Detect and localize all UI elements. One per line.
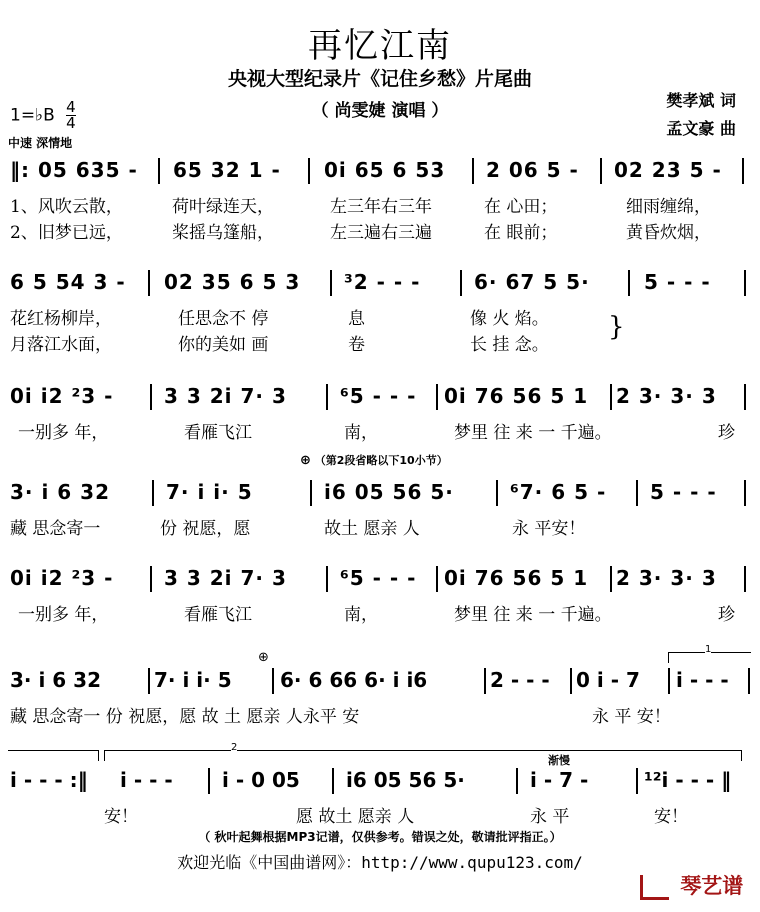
barline bbox=[472, 158, 474, 184]
lyric: 左三年右三年 bbox=[330, 192, 432, 217]
barline bbox=[610, 566, 612, 592]
lyric: 花红杨柳岸， bbox=[10, 304, 112, 329]
barline bbox=[748, 668, 750, 694]
barline bbox=[148, 270, 150, 296]
system-1: ‖: 05 635 - 65 32 1 - 0i 65 6 53 2 06 5 … bbox=[8, 158, 752, 190]
measure: 2 3· 3· 3 bbox=[616, 384, 717, 408]
measure: 7· i i· 5 bbox=[166, 480, 253, 504]
barline bbox=[152, 480, 154, 506]
system-5: 0i i2 ²3 - 3 3 2i 7· 3 ⁶5 - - - 0i 76 56… bbox=[8, 566, 752, 598]
measure: 6 5 54 3 - bbox=[10, 270, 126, 294]
measure: 02 23 5 - bbox=[614, 158, 722, 182]
lyric: 永 平 bbox=[530, 802, 569, 827]
lyric: 珍 bbox=[718, 600, 735, 625]
barline bbox=[636, 480, 638, 506]
lyric: 月落江水面， bbox=[10, 330, 112, 355]
measure: 2 - - - bbox=[490, 668, 550, 692]
lyric: 永 平 安！ bbox=[592, 702, 671, 727]
system-7: i - - - :‖ i - - - i - 0 05 i6 05 56 5· … bbox=[8, 768, 752, 800]
barline bbox=[332, 768, 334, 794]
lyric: 黄昏炊烟， bbox=[626, 218, 711, 243]
coda-icon: ⊕ bbox=[300, 453, 311, 468]
barline bbox=[742, 158, 744, 184]
measure: 3· i 6 32 bbox=[10, 480, 110, 504]
lyric: 左三遍右三遍 bbox=[330, 218, 432, 243]
measure: 0i i2 ²3 - bbox=[10, 566, 113, 590]
system-4: 3· i 6 32 7· i i· 5 i6 05 56 5· ⁶7· 6 5 … bbox=[8, 480, 752, 512]
barline bbox=[744, 480, 746, 506]
barline bbox=[326, 566, 328, 592]
barline bbox=[516, 768, 518, 794]
barline bbox=[744, 270, 746, 296]
lyric: 梦里 往 来 一 千遍。 bbox=[454, 600, 612, 625]
barline bbox=[570, 668, 572, 694]
lyric: 永 平安！ bbox=[512, 514, 585, 539]
lyric: 荷叶绿连天， bbox=[172, 192, 274, 217]
lyric: 息 bbox=[348, 304, 365, 329]
measure: i - 0 05 bbox=[222, 768, 300, 792]
lyric: 南， bbox=[344, 418, 378, 443]
measure: 0i 76 56 5 1 bbox=[444, 566, 588, 590]
tempo-marking: 中速 深情地 bbox=[8, 134, 72, 151]
measure: 0i i2 ²3 - bbox=[10, 384, 113, 408]
lyric: 安！ bbox=[654, 802, 688, 827]
lyric: 安！ bbox=[104, 802, 138, 827]
measure: 0i 65 6 53 bbox=[324, 158, 445, 182]
lyric: 份 祝愿，愿 bbox=[160, 514, 250, 539]
measure: 02 35 6 5 3 bbox=[164, 270, 300, 294]
system-3: 0i i2 ²3 - 3 3 2i 7· 3 ⁶5 - - - 0i 76 56… bbox=[8, 384, 752, 416]
lyric: 2、旧梦已远， bbox=[10, 218, 123, 243]
measure: 5 - - - bbox=[650, 480, 717, 504]
lyric: 南， bbox=[344, 600, 378, 625]
site-logo[interactable]: 琴艺谱 bbox=[640, 870, 743, 900]
measure: i6 05 56 5· bbox=[324, 480, 454, 504]
measure: ⁶5 - - - bbox=[340, 566, 416, 590]
lyric: 任思念不 停 bbox=[178, 304, 268, 329]
lyric: 梦里 往 来 一 千遍。 bbox=[454, 418, 612, 443]
barline bbox=[610, 384, 612, 410]
transcription-note: （ 秋叶起舞根据MP3记谱，仅供参考。错误之处，敬请批评指正。） bbox=[0, 828, 760, 845]
barline bbox=[148, 668, 150, 694]
measure: i - - - bbox=[120, 768, 173, 792]
measure: 3 3 2i 7· 3 bbox=[164, 384, 287, 408]
key-label: 1=♭B bbox=[10, 106, 55, 126]
lyric: 在 眼前； bbox=[484, 218, 557, 243]
measure: i - - - :‖ bbox=[10, 768, 88, 792]
barline bbox=[600, 158, 602, 184]
lyric: 一别多 年， bbox=[18, 600, 108, 625]
lyric: 看雁飞江 bbox=[184, 418, 252, 443]
barline bbox=[150, 566, 152, 592]
volta-1-continuation bbox=[8, 750, 99, 761]
coda-annotation: ⊕ （第2段省略以下10小节） bbox=[300, 452, 448, 468]
system-2: 6 5 54 3 - 02 35 6 5 3 ³2 - - - 6· 67 5 … bbox=[8, 270, 752, 302]
measure: 6· 6 66 6· i i6 bbox=[280, 668, 427, 692]
lyric: 愿 故土 愿亲 人 bbox=[296, 802, 414, 827]
volta-1-bracket: 1 bbox=[668, 652, 751, 663]
barline bbox=[272, 668, 274, 694]
piano-logo-icon bbox=[640, 875, 669, 900]
measure: ⁶7· 6 5 - bbox=[510, 480, 606, 504]
lyric: 故土 愿亲 人 bbox=[324, 514, 420, 539]
measure: 65 32 1 - bbox=[173, 158, 281, 182]
measure: 0 i - 7 bbox=[576, 668, 640, 692]
measure: 3 3 2i 7· 3 bbox=[164, 566, 287, 590]
barline bbox=[496, 480, 498, 506]
ritardando-marking: 渐慢 bbox=[548, 752, 570, 768]
measure: 6· 67 5 5· bbox=[474, 270, 590, 294]
barline bbox=[628, 270, 630, 296]
measure: i - 7 - bbox=[530, 768, 588, 792]
barline bbox=[484, 668, 486, 694]
lyric: 卷 bbox=[348, 330, 365, 355]
measure: 0i 76 56 5 1 bbox=[444, 384, 588, 408]
barline bbox=[744, 384, 746, 410]
lyric: 珍 bbox=[718, 418, 735, 443]
coda-icon: ⊕ bbox=[258, 650, 269, 665]
measure: i - - - bbox=[676, 668, 729, 692]
system-6: 3· i 6 32 7· i i· 5 6· 6 66 6· i i6 2 - … bbox=[8, 668, 752, 700]
barline bbox=[330, 270, 332, 296]
volta-2-bracket: 2 bbox=[104, 750, 742, 761]
measure: i6 05 56 5· bbox=[346, 768, 465, 792]
barline bbox=[310, 480, 312, 506]
song-subtitle: 央视大型纪录片《记住乡愁》片尾曲 bbox=[0, 64, 760, 91]
barline bbox=[436, 566, 438, 592]
song-title: 再忆江南 bbox=[0, 18, 760, 67]
barline bbox=[460, 270, 462, 296]
lyric: 藏 思念寄一 份 祝愿，愿 故 土 愿亲 人永平 安 bbox=[10, 702, 359, 727]
barline bbox=[744, 566, 746, 592]
measure: ‖: 05 635 - bbox=[10, 158, 138, 182]
measure: ⁶5 - - - bbox=[340, 384, 416, 408]
lyric: 像 火 焰。 bbox=[470, 304, 549, 329]
barline bbox=[158, 158, 160, 184]
barline bbox=[308, 158, 310, 184]
measure: 7· i i· 5 bbox=[154, 668, 232, 692]
barline bbox=[668, 668, 670, 694]
lyric: 一别多 年， bbox=[18, 418, 108, 443]
barline bbox=[208, 768, 210, 794]
time-signature: 4 4 bbox=[66, 100, 76, 131]
lyric: 在 心田； bbox=[484, 192, 557, 217]
lyric: 看雁飞江 bbox=[184, 600, 252, 625]
barline bbox=[436, 384, 438, 410]
lyric: 细雨缠绵， bbox=[626, 192, 711, 217]
lyric: 长 挂 念。 bbox=[470, 330, 549, 355]
measure: ¹²i - - - ‖ bbox=[644, 768, 731, 792]
barline bbox=[636, 768, 638, 794]
measure: 5 - - - bbox=[644, 270, 711, 294]
key-signature: 1=♭B 4 4 bbox=[10, 100, 76, 131]
verse-brace: } bbox=[608, 312, 625, 342]
measure: 2 3· 3· 3 bbox=[616, 566, 717, 590]
barline bbox=[326, 384, 328, 410]
measure: 2 06 5 - bbox=[486, 158, 579, 182]
measure: ³2 - - - bbox=[344, 270, 420, 294]
lyric: 你的美如 画 bbox=[178, 330, 268, 355]
lyricist-credit: 樊孝斌 词 bbox=[666, 88, 736, 111]
measure: 3· i 6 32 bbox=[10, 668, 101, 692]
barline bbox=[150, 384, 152, 410]
lyric: 1、风吹云散， bbox=[10, 192, 123, 217]
lyric: 藏 思念寄一 bbox=[10, 514, 100, 539]
singer-credit: （ 尚雯婕 演唱 ） bbox=[0, 96, 760, 121]
composer-credit: 孟文豪 曲 bbox=[666, 116, 736, 139]
lyric: 桨摇乌篷船， bbox=[172, 218, 274, 243]
